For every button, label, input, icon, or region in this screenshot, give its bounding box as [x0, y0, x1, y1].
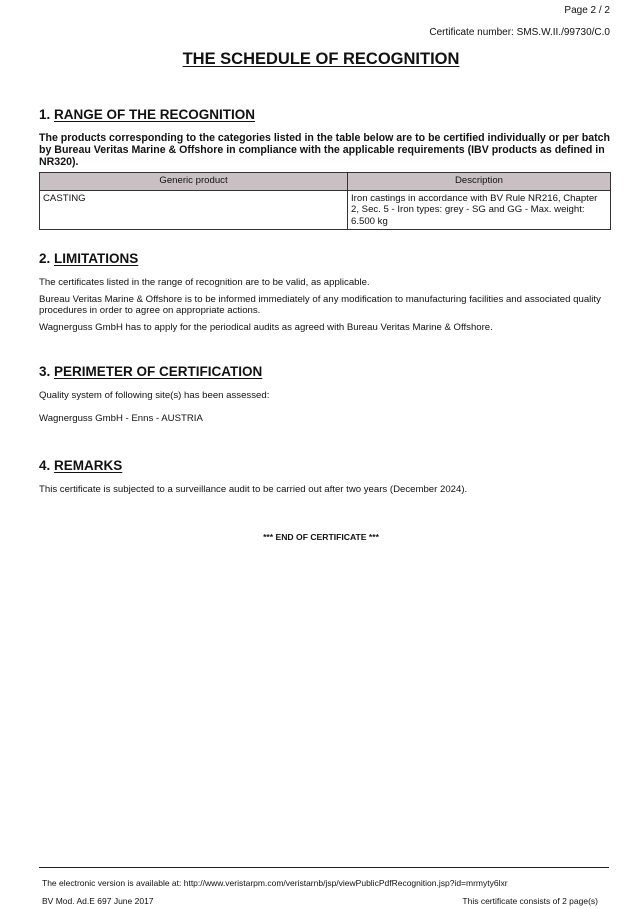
limitations-paragraph: The certificates listed in the range of … [39, 277, 611, 288]
document-title: THE SCHEDULE OF RECOGNITION [0, 50, 642, 69]
certificate-number: Certificate number: SMS.W.II./99730/C.0 [429, 27, 610, 38]
table-header-description: Description [348, 173, 611, 191]
table-cell-product: CASTING [40, 191, 348, 230]
table-header-generic-product: Generic product [40, 173, 348, 191]
perimeter-paragraph: Quality system of following site(s) has … [39, 390, 611, 401]
limitations-paragraph: Bureau Veritas Marine & Offshore is to b… [39, 294, 611, 317]
limitations-paragraph: Wagnerguss GmbH has to apply for the per… [39, 322, 611, 333]
section-heading-perimeter: 3. PERIMETER OF CERTIFICATION [39, 364, 262, 379]
section-heading-range: 1. RANGE OF THE RECOGNITION [39, 107, 255, 122]
form-id: BV Mod. Ad.E 697 June 2017 [42, 896, 154, 906]
assessed-site: Wagnerguss GmbH - Enns - AUSTRIA [39, 413, 611, 424]
electronic-version-link[interactable]: The electronic version is available at: … [42, 878, 508, 888]
remarks-paragraph: This certificate is subjected to a surve… [39, 484, 611, 495]
section-heading-remarks: 4. REMARKS [39, 458, 122, 473]
recognition-table: Generic product Description CASTING Iron… [39, 172, 611, 230]
table-cell-description: Iron castings in accordance with BV Rule… [348, 191, 611, 230]
footer-divider [39, 867, 609, 868]
table-row: CASTING Iron castings in accordance with… [40, 191, 611, 230]
page-number: Page 2 / 2 [564, 5, 610, 16]
end-of-certificate: *** END OF CERTIFICATE *** [0, 532, 642, 542]
section-heading-limitations: 2. LIMITATIONS [39, 251, 138, 266]
page-count: This certificate consists of 2 page(s) [462, 896, 598, 906]
range-intro: The products corresponding to the catego… [39, 132, 611, 169]
